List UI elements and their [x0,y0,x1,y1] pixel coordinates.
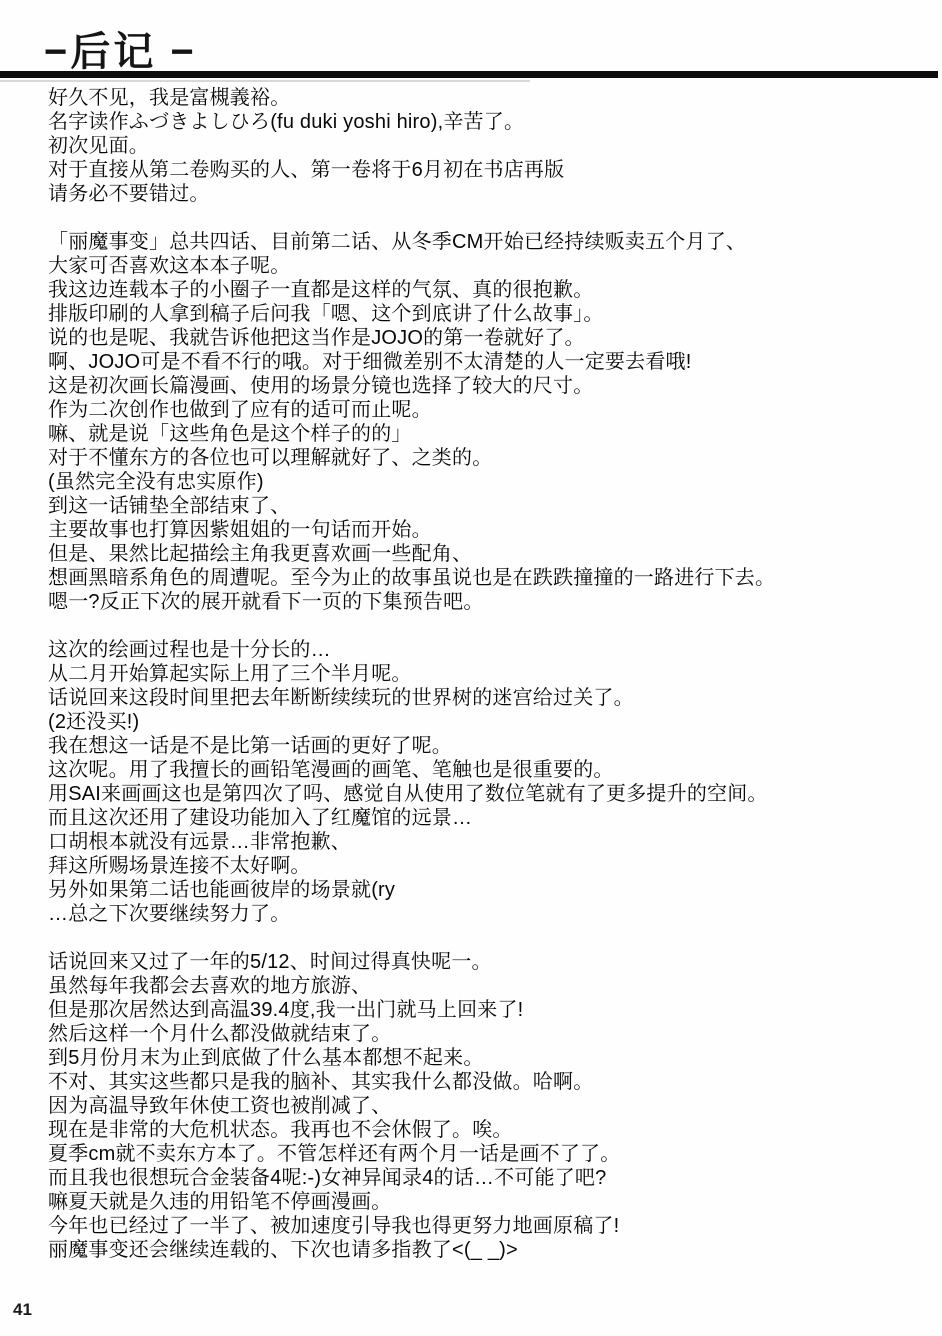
afterword-body: 好久不见，我是富槻義裕。名字读作ふづきよしひろ(fu duki yoshi hi… [48,86,928,1286]
text-line: 想画黑暗系角色的周遭呢。至今为止的故事虽说也是在跌跌撞撞的一路进行下去。 [48,566,928,590]
text-line: 这次呢。用了我擅长的画铅笔漫画的画笔、笔触也是很重要的。 [48,758,928,782]
text-line: 然后这样一个月什么都没做就结束了。 [48,1022,928,1046]
title-divider-rule [0,71,938,78]
paragraph: 这次的绘画过程也是十分长的…从二月开始算起实际上用了三个半月呢。话说回来这段时间… [48,638,928,926]
text-line: 「丽魔事变」总共四话、目前第二话、从冬季CM开始已经持续贩卖五个月了、 [48,230,928,254]
text-line: 排版印刷的人拿到稿子后问我「嗯、这个到底讲了什么故事」。 [48,302,928,326]
text-line: (虽然完全没有忠实原作) [48,470,928,494]
text-line: 嘛夏天就是久违的用铅笔不停画漫画。 [48,1190,928,1214]
text-line: 话说回来这段时间里把去年断断续续玩的世界树的迷宫给过关了。 [48,686,928,710]
text-line: 名字读作ふづきよしひろ(fu duki yoshi hiro),辛苦了。 [48,110,928,134]
text-line: 用SAI来画画这也是第四次了吗、感觉自从使用了数位笔就有了更多提升的空间。 [48,782,928,806]
page-title: −后记 − [44,20,197,77]
text-line: 而且我也很想玩合金装备4呢:-)女神异闻录4的话…不可能了吧? [48,1166,928,1190]
paragraph: 话说回来又过了一年的5/12、时间过得真快呢一。虽然每年我都会去喜欢的地方旅游、… [48,950,928,1262]
text-line: (2还没买!) [48,710,928,734]
afterword-page: −后记 − 好久不见，我是富槻義裕。名字读作ふづきよしひろ(fu duki yo… [0,0,942,1336]
text-line: 现在是非常的大危机状态。我再也不会休假了。唉。 [48,1118,928,1142]
text-line: 而且这次还用了建设功能加入了红魔馆的远景… [48,806,928,830]
text-line: 虽然每年我都会去喜欢的地方旅游、 [48,974,928,998]
text-line: 嗯一?反正下次的展开就看下一页的下集预告吧。 [48,590,928,614]
text-line: 夏季cm就不卖东方本了。不管怎样还有两个月一话是画不了了。 [48,1142,928,1166]
text-line: 这次的绘画过程也是十分长的… [48,638,928,662]
page-number: 41 [13,1300,32,1320]
paragraph: 好久不见，我是富槻義裕。名字读作ふづきよしひろ(fu duki yoshi hi… [48,86,928,206]
text-line: 对于直接从第二卷购买的人、第一卷将于6月初在书店再版 [48,158,928,182]
text-line: 但是、果然比起描绘主角我更喜欢画一些配角、 [48,542,928,566]
text-line: 作为二次创作也做到了应有的适可而止呢。 [48,398,928,422]
text-line: 从二月开始算起实际上用了三个半月呢。 [48,662,928,686]
text-line: 主要故事也打算因紫姐姐的一句话而开始。 [48,518,928,542]
text-line: 拜这所赐场景连接不太好啊。 [48,854,928,878]
text-line: 请务必不要错过。 [48,182,928,206]
text-line: 口胡根本就没有远景…非常抱歉、 [48,830,928,854]
text-line: 另外如果第二话也能画彼岸的场景就(ry [48,878,928,902]
title-divider-scan-shadow [0,80,530,82]
text-line: 初次见面。 [48,134,928,158]
text-line: 嘛、就是说「这些角色是这个样子的的」 [48,422,928,446]
text-line: 大家可否喜欢这本本子呢。 [48,254,928,278]
text-line: 但是那次居然达到高温39.4度,我一出门就马上回来了! [48,998,928,1022]
text-line: 不对、其实这些都只是我的脑补、其实我什么都没做。哈啊。 [48,1070,928,1094]
text-line: 我在想这一话是不是比第一话画的更好了呢。 [48,734,928,758]
text-line: 我这边连载本子的小圈子一直都是这样的气氛、真的很抱歉。 [48,278,928,302]
text-line: 今年也已经过了一半了、被加速度引导我也得更努力地画原稿了! [48,1214,928,1238]
paragraph: 「丽魔事变」总共四话、目前第二话、从冬季CM开始已经持续贩卖五个月了、大家可否喜… [48,230,928,614]
text-line: 丽魔事变还会继续连载的、下次也请多指教了<(_ _)> [48,1238,928,1262]
text-line: 啊、JOJO可是不看不行的哦。对于细微差别不太清楚的人一定要去看哦! [48,350,928,374]
text-line: 到5月份月末为止到底做了什么基本都想不起来。 [48,1046,928,1070]
text-line: 到这一话铺垫全部结束了、 [48,494,928,518]
text-line: 这是初次画长篇漫画、使用的场景分镜也选择了较大的尺寸。 [48,374,928,398]
text-line: 说的也是呢、我就告诉他把这当作是JOJO的第一卷就好了。 [48,326,928,350]
text-line: 因为高温导致年休使工资也被削减了、 [48,1094,928,1118]
text-line: …总之下次要继续努力了。 [48,902,928,926]
text-line: 话说回来又过了一年的5/12、时间过得真快呢一。 [48,950,928,974]
text-line: 好久不见，我是富槻義裕。 [48,86,928,110]
text-line: 对于不懂东方的各位也可以理解就好了、之类的。 [48,446,928,470]
